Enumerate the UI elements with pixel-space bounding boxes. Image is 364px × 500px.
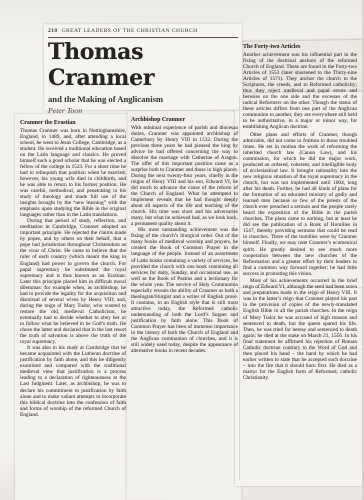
paper-seam-vertical xyxy=(239,96,240,480)
scanned-book-page: 218GREAT LEADERS OF THE CHRISTIAN CHURCH… xyxy=(0,0,364,500)
paragraph-left-1: Thomas Cranmer was born in Nottinghamshi… xyxy=(20,128,126,219)
article-author: Peter Toon xyxy=(48,106,238,115)
article-header: 218GREAT LEADERS OF THE CHRISTIAN CHURCH… xyxy=(48,28,238,115)
paragraph-right-1: Another achievement was his influential … xyxy=(243,52,357,131)
book-title: GREAT LEADERS OF THE CHRISTIAN CHURCH xyxy=(62,28,198,34)
column-left: Cranmer the Erastian Thomas Cranmer was … xyxy=(20,120,126,418)
paragraph-middle-1: With minimal experience of parish and di… xyxy=(131,125,238,228)
paragraph-right-2: Other plans and efforts of Cranmer, thou… xyxy=(243,132,357,277)
page-number: 218 xyxy=(48,28,58,34)
section-heading-forty-two-articles: The Forty-two Articles xyxy=(243,44,357,50)
article-title: Thomas Cranmer xyxy=(48,39,238,91)
section-heading-cranmer-the-erastian: Cranmer the Erastian xyxy=(20,120,126,126)
paragraph-left-2: During that period of study, reflection,… xyxy=(20,218,126,345)
paragraph-middle-2: His most outstanding achievement was the… xyxy=(131,227,238,354)
paragraph-left-3: It was also in his study at Cambridge th… xyxy=(20,345,126,418)
section-heading-archbishop-cranmer: Archbishop Cranmer xyxy=(131,117,238,123)
paragraph-right-3: Most of his achievements occurred in the… xyxy=(243,278,357,381)
column-middle: Archbishop Cranmer With minimal experien… xyxy=(131,117,238,354)
column-right: The Forty-two Articles Another achieveme… xyxy=(243,44,357,381)
running-head: 218GREAT LEADERS OF THE CHRISTIAN CHURCH xyxy=(48,28,238,38)
article-subtitle: and the Making of Anglicanism xyxy=(48,94,238,104)
